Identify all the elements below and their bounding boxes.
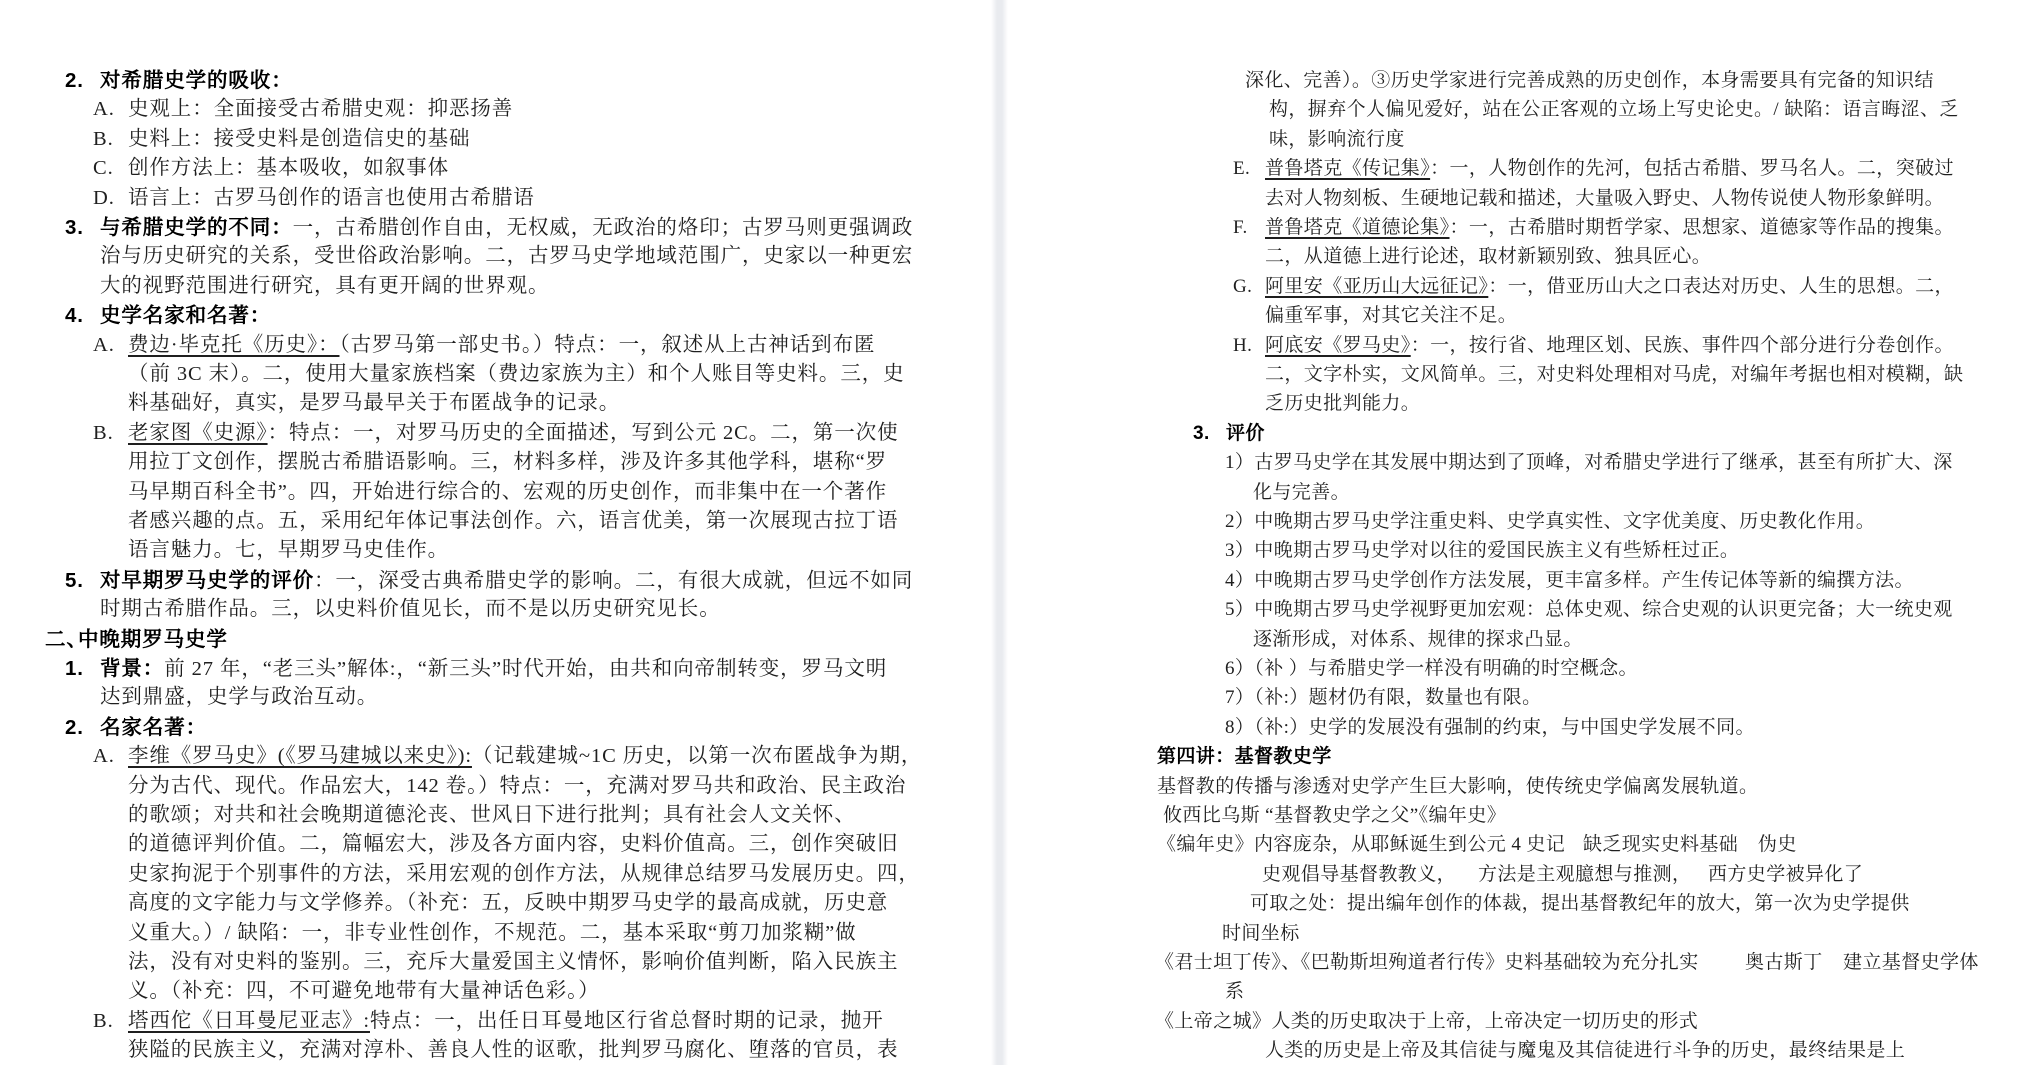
text-line: 4.史学名家和名著： xyxy=(0,301,991,331)
text-segment: 语言上：古罗马创作的语言也使用古希腊语 xyxy=(128,187,535,209)
text-line: 2）中晚期古罗马史学注重史料、史学真实性、文字优美度、历史教化作用。 xyxy=(1008,507,2025,537)
heading-segment: 对希腊史学的吸收： xyxy=(100,69,293,92)
page-right: 深化、完善）。③历史学家进行完善成熟的历史创作，本身需要具有完备的知识结构，摒弃… xyxy=(1008,0,2025,1065)
text-line: 法，没有对史料的鉴别。三，充斥大量爱国主义情怀，影响价值判断，陷入民族主 xyxy=(0,948,991,978)
text-line: 料基础好，真实，是罗马最早关于布匿战争的记录。 xyxy=(0,389,991,419)
text-line: 化与完善。 xyxy=(1008,478,2025,508)
text-segment: （前 3C 末）。二，使用大量家族档案（费边家族为主）和个人账目等史料。三，史 xyxy=(128,363,905,385)
text-segment: E. xyxy=(1233,158,1250,179)
text-line: 史家拘泥于个别事件的方法，采用宏观的创作方法，从规律总结罗马发展历史。四， xyxy=(0,860,991,890)
text-segment: 时期古希腊作品。三，以史料价值见长，而不是以历史研究见长。 xyxy=(100,598,721,620)
text-segment: 可取之处：提出编年创作的体裁，提出基督教纪年的放大，第一次为史学提供 xyxy=(1250,893,1910,914)
text-col: 阿里安《亚历山大远征记》：一，借亚历山大之口表达对历史、人生的思想。二， xyxy=(1265,272,1954,301)
text-line: 8）（补:）史学的发展没有强制的约束，与中国史学发展不同。 xyxy=(1008,713,2025,743)
text-line: B.塔西佗《日耳曼尼亚志》:特点：一，出任日耳曼地区行省总督时期的记录，抛开 xyxy=(0,1007,991,1037)
text-col: 义。（补充：四，不可避免地带有大量神话色彩。） xyxy=(128,977,600,1006)
text-col: 2）中晚期古罗马史学注重史料、史学真实性、文字优美度、历史教化作用。 xyxy=(1225,507,1875,536)
text-segment: A. xyxy=(93,334,115,356)
heading-segment: 名家名著： xyxy=(100,716,207,739)
text-segment: ：一，借亚历山大之口表达对历史、人生的思想。二， xyxy=(1488,276,1954,297)
text-col: 史料上：接受史料是创造信史的基础 xyxy=(128,125,470,154)
text-segment: 乏历史批判能力。 xyxy=(1265,393,1420,414)
text-segment: A. xyxy=(93,745,115,767)
text-segment: 味，影响流行度 xyxy=(1269,129,1405,150)
text-col: 去对人物刻板、生硬地记载和描述，大量吸入野史、人物传说使人物形象鲜明。 xyxy=(1265,184,1944,213)
text-segment: 二，从道德上进行论述，取材新颖别致、独具匠心。 xyxy=(1265,246,1711,267)
text-col: 逐渐形成，对体系、规律的探求凸显。 xyxy=(1253,625,1583,654)
text-col: 史家拘泥于个别事件的方法，采用宏观的创作方法，从规律总结罗马发展历史。四， xyxy=(128,860,920,889)
work-title-underlined: 塔西佗《日耳曼尼亚志》: xyxy=(128,1010,370,1032)
text-col: 名家名著： xyxy=(100,713,207,743)
text-col: 史观倡导基督教教义， xyxy=(1262,860,1456,889)
text-segment: 6）（补 ）与希腊史学一样没有明确的时空概念。 xyxy=(1225,658,1638,679)
heading-segment: 1. xyxy=(65,657,84,680)
text-segment: 《编年史》内容庞杂，从耶稣诞生到公元 4 史记 xyxy=(1157,834,1565,855)
text-segment: 2）中晚期古罗马史学注重史料、史学真实性、文字优美度、历史教化作用。 xyxy=(1225,511,1875,532)
text-col: 3. xyxy=(1193,419,1210,448)
text-col: 3）中晚期古罗马史学对以往的爱国民族主义有些矫枉过正。 xyxy=(1225,536,1739,565)
text-col: 1. xyxy=(65,654,84,684)
text-segment: 分为古代、现代。作品宏大，142 卷。）特点：一，充满对罗马共和政治、民主政治 xyxy=(128,775,906,797)
text-segment: 二，文字朴实，文风简单。三，对史料处理相对马虎，对编年考据也相对模糊，缺 xyxy=(1265,364,1963,385)
text-segment: 特点：一，出任日耳曼地区行省总督时期的记录，抛开 xyxy=(370,1010,884,1032)
text-col: 西方史学被异化了 xyxy=(1708,860,1863,889)
text-col: 构，摒弃个人偏见爱好，站在公正客观的立场上写史论史。/ 缺陷：语言晦涩、乏 xyxy=(1269,95,1959,124)
text-line: 高度的文字能力与文学修养。（补充：五，反映中期罗马史学的最高成就，历史意 xyxy=(0,889,991,919)
text-col: 7）（补:）题材仍有限，数量也有限。 xyxy=(1225,683,1541,712)
text-segment: 义。（补充：四，不可避免地带有大量神话色彩。） xyxy=(128,980,600,1002)
text-line: 时间坐标 xyxy=(1008,919,2025,949)
text-col: 深化、完善）。③历史学家进行完善成熟的历史创作，本身需要具有完备的知识结 xyxy=(1245,66,1934,95)
text-line: 味，影响流行度 xyxy=(1008,125,2025,155)
heading-segment: 评价 xyxy=(1226,423,1265,444)
text-line: （前 3C 末）。二，使用大量家族档案（费边家族为主）和个人账目等史料。三，史 xyxy=(0,360,991,390)
text-segment: 攸西比乌斯 “基督教史学之父”《编年史》 xyxy=(1163,805,1506,826)
heading-segment: 背景： xyxy=(100,657,164,680)
text-line: 3）中晚期古罗马史学对以往的爱国民族主义有些矫枉过正。 xyxy=(1008,536,2025,566)
text-line: 基督教的传播与渗透对史学产生巨大影响，使传统史学偏离发展轨道。 xyxy=(1008,772,2025,802)
text-segment: ：特点：一，对罗马历史的全面描述，写到公元 2C。二，第一次使 xyxy=(268,422,899,444)
text-segment: C. xyxy=(93,157,114,179)
text-segment: 系 xyxy=(1225,981,1244,1002)
text-col: 二，从道德上进行论述，取材新颖别致、独具匠心。 xyxy=(1265,242,1711,271)
text-col: 语言魅力。七，早期罗马史佳作。 xyxy=(128,536,449,565)
text-col: 法，没有对史料的鉴别。三，充斥大量爱国主义情怀，影响价值判断，陷入民族主 xyxy=(128,948,898,977)
text-col: 2. xyxy=(65,713,84,743)
text-line: 偏重军事，对其它关注不足。 xyxy=(1008,301,2025,331)
text-segment: 时间坐标 xyxy=(1222,923,1300,944)
text-col: A. xyxy=(93,742,115,771)
text-col: 达到鼎盛，史学与政治互动。 xyxy=(100,683,378,712)
text-segment: 高度的文字能力与文学修养。（补充：五，反映中期罗马史学的最高成就，历史意 xyxy=(128,892,888,914)
text-segment: B. xyxy=(93,1010,114,1032)
work-title-underlined: 普鲁塔克《传记集》 xyxy=(1265,158,1430,179)
work-title-underlined: 李维《罗马史》(《罗马建城以来史》): xyxy=(128,745,472,767)
work-title-underlined: 阿底安《罗马史》 xyxy=(1265,335,1411,356)
text-line: 《君士坦丁传》、《巴勒斯坦殉道者行传》史料基础较为充分扎实奥古斯丁建立基督史学体 xyxy=(1008,948,2025,978)
text-segment: 7）（补:）题材仍有限，数量也有限。 xyxy=(1225,687,1541,708)
work-title-underlined: 阿里安《亚历山大远征记》 xyxy=(1265,276,1488,297)
text-line: 逐渐形成，对体系、规律的探求凸显。 xyxy=(1008,625,2025,655)
heading-segment: 5. xyxy=(65,569,84,592)
text-segment: 3）中晚期古罗马史学对以往的爱国民族主义有些矫枉过正。 xyxy=(1225,540,1739,561)
text-line: 义重大。）/ 缺陷：一，非专业性创作，不规范。二，基本采取“剪刀加浆糊”做 xyxy=(0,919,991,949)
text-col: 5. xyxy=(65,566,84,596)
text-line: G.阿里安《亚历山大远征记》：一，借亚历山大之口表达对历史、人生的思想。二， xyxy=(1008,272,2025,302)
text-col: 第四讲：基督教史学 xyxy=(1157,742,1332,771)
text-col: 李维《罗马史》(《罗马建城以来史》):（记载建城~1C 历史，以第一次布匿战争为… xyxy=(128,742,922,771)
text-line: 的歌颂；对共和社会晚期道德沦丧、世风日下进行批判；具有社会人文关怀、 xyxy=(0,801,991,831)
text-segment: 《君士坦丁传》、《巴勒斯坦殉道者行传》史料基础较为充分扎实 xyxy=(1155,952,1699,973)
text-segment: G. xyxy=(1233,276,1252,297)
text-col: 义重大。）/ 缺陷：一，非专业性创作，不规范。二，基本采取“剪刀加浆糊”做 xyxy=(128,919,857,948)
text-col: 二，文字朴实，文风简单。三，对史料处理相对马虎，对编年考据也相对模糊，缺 xyxy=(1265,360,1963,389)
text-col: 背景：前 27 年，“老三头”解体:，“新三头”时代开始，由共和向帝制转变，罗马… xyxy=(100,654,887,684)
text-line: 语言魅力。七，早期罗马史佳作。 xyxy=(0,536,991,566)
text-segment: 缺乏现实史料基础 xyxy=(1583,834,1738,855)
text-col: 创作方法上：基本吸收，如叙事体 xyxy=(128,154,449,183)
text-segment: 达到鼎盛，史学与政治互动。 xyxy=(100,686,378,708)
text-line: 3.评价 xyxy=(1008,419,2025,449)
text-col: A. xyxy=(93,95,115,124)
heading-segment: 3. xyxy=(1193,423,1210,444)
text-col: 评价 xyxy=(1226,419,1265,448)
text-line: 4）中晚期古罗马史学创作方法发展，更丰富多样。产生传记体等新的编撰方法。 xyxy=(1008,566,2025,596)
text-col: 建立基督史学体 xyxy=(1843,948,1979,977)
text-col: 的歌颂；对共和社会晚期道德沦丧、世风日下进行批判；具有社会人文关怀、 xyxy=(128,801,856,830)
text-segment: （古罗马第一部史书。）特点：一，叙述从上古神话到布匿 xyxy=(339,334,875,356)
text-segment: 用拉丁文创作，摆脱古希腊语影响。三，材料多样，涉及许多其他学科，堪称“罗 xyxy=(128,451,887,473)
text-line: 攸西比乌斯 “基督教史学之父”《编年史》 xyxy=(1008,801,2025,831)
text-col: 《编年史》内容庞杂，从耶稣诞生到公元 4 史记 xyxy=(1157,830,1565,859)
text-col: 乏历史批判能力。 xyxy=(1265,389,1420,418)
text-segment: 基督教的传播与渗透对史学产生巨大影响，使传统史学偏离发展轨道。 xyxy=(1157,776,1758,797)
text-col: A. xyxy=(93,331,115,360)
text-line: 1.背景：前 27 年，“老三头”解体:，“新三头”时代开始，由共和向帝制转变，… xyxy=(0,654,991,684)
text-col: 伪史 xyxy=(1758,830,1797,859)
text-line: 义。（补充：四，不可避免地带有大量神话色彩。） xyxy=(0,977,991,1007)
text-col: 8）（补:）史学的发展没有强制的约束，与中国史学发展不同。 xyxy=(1225,713,1755,742)
page-left: 2.对希腊史学的吸收：A.史观上：全面接受古希腊史观：抑恶扬善B.史料上：接受史… xyxy=(0,0,991,1065)
text-col: B. xyxy=(93,419,114,448)
text-line: 5）中晚期古罗马史学视野更加宏观：总体史观、综合史观的认识更完备；大一统史观 xyxy=(1008,595,2025,625)
text-col: B. xyxy=(93,125,114,154)
text-col: 时间坐标 xyxy=(1222,919,1300,948)
text-col: 中晚期罗马史学 xyxy=(78,625,228,655)
text-segment: 深化、完善）。③历史学家进行完善成熟的历史创作，本身需要具有完备的知识结 xyxy=(1245,70,1934,91)
text-line: 构，摒弃个人偏见爱好，站在公正客观的立场上写史论史。/ 缺陷：语言晦涩、乏 xyxy=(1008,95,2025,125)
text-segment: 伪史 xyxy=(1758,834,1797,855)
text-col: 阿底安《罗马史》：一，按行省、地理区划、民族、事件四个部分进行分卷创作。 xyxy=(1265,331,1954,360)
text-col: B. xyxy=(93,1007,114,1036)
text-line: 2.名家名著： xyxy=(0,713,991,743)
text-line: 系 xyxy=(1008,977,2025,1007)
text-segment: 人类的历史是上帝及其信徒与魔鬼及其信徒进行斗争的历史，最终结果是上 xyxy=(1265,1040,1905,1061)
text-line: 可取之处：提出编年创作的体裁，提出基督教纪年的放大，第一次为史学提供 xyxy=(1008,889,2025,919)
text-segment: 方法是主观臆想与推测， xyxy=(1478,864,1691,885)
text-line: E.普鲁塔克《传记集》：一，人物创作的先河，包括古希腊、罗马名人。二，突破过 xyxy=(1008,154,2025,184)
text-line: 治与历史研究的关系，受世俗政治影响。二，古罗马史学地域范围广，史家以一种更宏 xyxy=(0,242,991,272)
text-col: F. xyxy=(1233,213,1248,242)
heading-segment: 2. xyxy=(65,69,84,92)
text-line: 时期古希腊作品。三，以史料价值见长，而不是以历史研究见长。 xyxy=(0,595,991,625)
text-line: 狭隘的民族主义，充满对淳朴、善良人性的讴歌，批判罗马腐化、堕落的官员，表 xyxy=(0,1036,991,1065)
text-line: 《上帝之城》人类的历史取决于上帝，上帝决定一切历史的形式 xyxy=(1008,1007,2025,1037)
heading-segment: 2. xyxy=(65,716,84,739)
heading-segment: 中晚期罗马史学 xyxy=(78,628,228,651)
heading-segment: 对早期罗马史学的评价 xyxy=(100,569,314,592)
text-line: 马早期百科全书”。四，开始进行综合的、宏观的历史创作，而非集中在一个著作 xyxy=(0,478,991,508)
text-col: 普鲁塔克《道德论集》：一，古希腊时期哲学家、思想家、道德家等作品的搜集。 xyxy=(1265,213,1954,242)
text-line: 3.与希腊史学的不同：一，古希腊创作自由，无权威，无政治的烙印；古罗马则更强调政 xyxy=(0,213,991,243)
text-line: 第四讲：基督教史学 xyxy=(1008,742,2025,772)
page-divider xyxy=(991,0,1008,1065)
text-col: 攸西比乌斯 “基督教史学之父”《编年史》 xyxy=(1163,801,1506,830)
text-segment: 偏重军事，对其它关注不足。 xyxy=(1265,305,1517,326)
text-col: 用拉丁文创作，摆脱古希腊语影响。三，材料多样，涉及许多其他学科，堪称“罗 xyxy=(128,448,887,477)
text-line: A.李维《罗马史》(《罗马建城以来史》):（记载建城~1C 历史，以第一次布匿战… xyxy=(0,742,991,772)
text-col: 6）（补 ）与希腊史学一样没有明确的时空概念。 xyxy=(1225,654,1638,683)
text-segment: 史料上：接受史料是创造信史的基础 xyxy=(128,128,470,150)
text-line: 用拉丁文创作，摆脱古希腊语影响。三，材料多样，涉及许多其他学科，堪称“罗 xyxy=(0,448,991,478)
text-segment: ：一，古希腊时期哲学家、思想家、道德家等作品的搜集。 xyxy=(1450,217,1954,238)
text-col: 者感兴趣的点。五，采用纪年体记事法创作。六，语言优美，第一次展现古拉丁语 xyxy=(128,507,898,536)
text-col: 大的视野范围进行研究，具有更开阔的世界观。 xyxy=(100,272,549,301)
text-segment: 法，没有对史料的鉴别。三，充斥大量爱国主义情怀，影响价值判断，陷入民族主 xyxy=(128,951,898,973)
text-line: 深化、完善）。③历史学家进行完善成熟的历史创作，本身需要具有完备的知识结 xyxy=(1008,66,2025,96)
work-title-underlined: 费边·毕克托《历史》： xyxy=(128,334,339,356)
text-col: 缺乏现实史料基础 xyxy=(1583,830,1738,859)
text-segment: 化与完善。 xyxy=(1253,482,1350,503)
text-col: 普鲁塔克《传记集》：一，人物创作的先河，包括古希腊、罗马名人。二，突破过 xyxy=(1265,154,1954,183)
text-line: 《编年史》内容庞杂，从耶稣诞生到公元 4 史记缺乏现实史料基础伪史 xyxy=(1008,830,2025,860)
text-segment: ：一，深受古典希腊史学的影响。二，有很大成就，但远不如同 xyxy=(314,570,913,592)
text-col: 人类的历史是上帝及其信徒与魔鬼及其信徒进行斗争的历史，最终结果是上 xyxy=(1265,1036,1905,1065)
text-segment: 一，古希腊创作自由，无权威，无政治的烙印；古罗马则更强调政 xyxy=(293,217,914,239)
text-col: 可取之处：提出编年创作的体裁，提出基督教纪年的放大，第一次为史学提供 xyxy=(1250,889,1910,918)
text-segment: ：一，人物创作的先河，包括古希腊、罗马名人。二，突破过 xyxy=(1430,158,1954,179)
text-col: 的道德评判价值。二，篇幅宏大，涉及各方面内容，史料价值高。三，创作突破旧 xyxy=(128,830,898,859)
text-segment: 马早期百科全书”。四，开始进行综合的、宏观的历史创作，而非集中在一个著作 xyxy=(128,481,887,503)
text-line: 史观倡导基督教教义，方法是主观臆想与推测，西方史学被异化了 xyxy=(1008,860,2025,890)
text-col: G. xyxy=(1233,272,1252,301)
text-line: 人类的历史是上帝及其信徒与魔鬼及其信徒进行斗争的历史，最终结果是上 xyxy=(1008,1036,2025,1065)
text-col: 偏重军事，对其它关注不足。 xyxy=(1265,301,1517,330)
text-col: 基督教的传播与渗透对史学产生巨大影响，使传统史学偏离发展轨道。 xyxy=(1157,772,1758,801)
text-col: 史学名家和名著： xyxy=(100,301,271,331)
text-col: D. xyxy=(93,184,115,213)
text-segment: 5）中晚期古罗马史学视野更加宏观：总体史观、综合史观的认识更完备；大一统史观 xyxy=(1225,599,1953,620)
text-line: 乏历史批判能力。 xyxy=(1008,389,2025,419)
heading-segment: 第四讲：基督教史学 xyxy=(1157,746,1332,767)
document-viewer: { "colors": { "background": "#ffffff", "… xyxy=(0,0,2025,1065)
text-segment: 料基础好，真实，是罗马最早关于布匿战争的记录。 xyxy=(128,392,620,414)
text-line: A.费边·毕克托《历史》：（古罗马第一部史书。）特点：一，叙述从上古神话到布匿 xyxy=(0,331,991,361)
text-col: 味，影响流行度 xyxy=(1269,125,1405,154)
text-line: 分为古代、现代。作品宏大，142 卷。）特点：一，充满对罗马共和政治、民主政治 xyxy=(0,772,991,802)
heading-segment: 4. xyxy=(65,304,84,327)
text-col: 分为古代、现代。作品宏大，142 卷。）特点：一，充满对罗马共和政治、民主政治 xyxy=(128,772,906,801)
text-col: 系 xyxy=(1225,977,1244,1006)
text-line: 大的视野范围进行研究，具有更开阔的世界观。 xyxy=(0,272,991,302)
text-col: 费边·毕克托《历史》：（古罗马第一部史书。）特点：一，叙述从上古神话到布匿 xyxy=(128,331,875,360)
text-col: 2. xyxy=(65,66,84,96)
text-line: 二，文字朴实，文风简单。三，对史料处理相对马虎，对编年考据也相对模糊，缺 xyxy=(1008,360,2025,390)
text-segment: B. xyxy=(93,128,114,150)
text-line: 7）（补:）题材仍有限，数量也有限。 xyxy=(1008,683,2025,713)
heading-segment: 3. xyxy=(65,216,84,239)
text-col: 对希腊史学的吸收： xyxy=(100,66,293,96)
text-segment: 西方史学被异化了 xyxy=(1708,864,1863,885)
text-segment: 去对人物刻板、生硬地记载和描述，大量吸入野史、人物传说使人物形象鲜明。 xyxy=(1265,188,1944,209)
text-line: 达到鼎盛，史学与政治互动。 xyxy=(0,683,991,713)
text-segment: 狭隘的民族主义，充满对淳朴、善良人性的讴歌，批判罗马腐化、堕落的官员，表 xyxy=(128,1039,898,1061)
text-segment: 逐渐形成，对体系、规律的探求凸显。 xyxy=(1253,629,1583,650)
text-col: 料基础好，真实，是罗马最早关于布匿战争的记录。 xyxy=(128,389,620,418)
text-line: 5.对早期罗马史学的评价：一，深受古典希腊史学的影响。二，有很大成就，但远不如同 xyxy=(0,566,991,596)
text-col: 化与完善。 xyxy=(1253,478,1350,507)
text-segment: 构，摒弃个人偏见爱好，站在公正客观的立场上写史论史。/ 缺陷：语言晦涩、乏 xyxy=(1269,99,1959,120)
text-col: 塔西佗《日耳曼尼亚志》:特点：一，出任日耳曼地区行省总督时期的记录，抛开 xyxy=(128,1007,884,1036)
heading-segment: 与希腊史学的不同： xyxy=(100,216,293,239)
text-col: 治与历史研究的关系，受世俗政治影响。二，古罗马史学地域范围广，史家以一种更宏 xyxy=(100,242,913,271)
text-segment: H. xyxy=(1233,335,1252,356)
text-segment: 语言魅力。七，早期罗马史佳作。 xyxy=(128,539,449,561)
text-segment: 创作方法上：基本吸收，如叙事体 xyxy=(128,157,449,179)
text-segment: D. xyxy=(93,187,115,209)
text-col: 老家图《史源》：特点：一，对罗马历史的全面描述，写到公元 2C。二，第一次使 xyxy=(128,419,899,448)
text-col: 4. xyxy=(65,301,84,331)
text-line: 2.对希腊史学的吸收： xyxy=(0,66,991,96)
text-col: 奥古斯丁 xyxy=(1745,948,1823,977)
text-line: B.史料上：接受史料是创造信史的基础 xyxy=(0,125,991,155)
text-col: E. xyxy=(1233,154,1250,183)
text-col: 1）古罗马史学在其发展中期达到了顶峰，对希腊史学进行了继承，甚至有所扩大、深 xyxy=(1225,448,1953,477)
text-segment: B. xyxy=(93,422,114,444)
text-line: C.创作方法上：基本吸收，如叙事体 xyxy=(0,154,991,184)
text-col: H. xyxy=(1233,331,1252,360)
text-col: 方法是主观臆想与推测， xyxy=(1478,860,1691,889)
heading-segment: 史学名家和名著： xyxy=(100,304,271,327)
text-segment: 《上帝之城》人类的历史取决于上帝，上帝决定一切历史的形式 xyxy=(1155,1011,1698,1032)
text-line: 6）（补 ）与希腊史学一样没有明确的时空概念。 xyxy=(1008,654,2025,684)
text-segment: 前 27 年，“老三头”解体:，“新三头”时代开始，由共和向帝制转变，罗马文明 xyxy=(164,658,887,680)
text-col: 史观上：全面接受古希腊史观：抑恶扬善 xyxy=(128,95,513,124)
text-col: 高度的文字能力与文学修养。（补充：五，反映中期罗马史学的最高成就，历史意 xyxy=(128,889,888,918)
text-col: 4）中晚期古罗马史学创作方法发展，更丰富多样。产生传记体等新的编撰方法。 xyxy=(1225,566,1914,595)
text-line: 者感兴趣的点。五，采用纪年体记事法创作。六，语言优美，第一次展现古拉丁语 xyxy=(0,507,991,537)
text-segment: 1）古罗马史学在其发展中期达到了顶峰，对希腊史学进行了继承，甚至有所扩大、深 xyxy=(1225,452,1953,473)
text-segment: 史观倡导基督教教义， xyxy=(1262,864,1456,885)
text-line: D.语言上：古罗马创作的语言也使用古希腊语 xyxy=(0,184,991,214)
text-col: C. xyxy=(93,154,114,183)
text-segment: 治与历史研究的关系，受世俗政治影响。二，古罗马史学地域范围广，史家以一种更宏 xyxy=(100,245,913,267)
text-col: 时期古希腊作品。三，以史料价值见长，而不是以历史研究见长。 xyxy=(100,595,721,624)
text-col: 对早期罗马史学的评价：一，深受古典希腊史学的影响。二，有很大成就，但远不如同 xyxy=(100,566,913,596)
text-line: 去对人物刻板、生硬地记载和描述，大量吸入野史、人物传说使人物形象鲜明。 xyxy=(1008,184,2025,214)
text-segment: 的道德评判价值。二，篇幅宏大，涉及各方面内容，史料价值高。三，创作突破旧 xyxy=(128,833,898,855)
text-segment: 大的视野范围进行研究，具有更开阔的世界观。 xyxy=(100,275,549,297)
text-col: （前 3C 末）。二，使用大量家族档案（费边家族为主）和个人账目等史料。三，史 xyxy=(128,360,905,389)
text-line: A.史观上：全面接受古希腊史观：抑恶扬善 xyxy=(0,95,991,125)
text-segment: 义重大。）/ 缺陷：一，非专业性创作，不规范。二，基本采取“剪刀加浆糊”做 xyxy=(128,922,857,944)
text-segment: 的歌颂；对共和社会晚期道德沦丧、世风日下进行批判；具有社会人文关怀、 xyxy=(128,804,856,826)
text-segment: 史观上：全面接受古希腊史观：抑恶扬善 xyxy=(128,98,513,120)
text-col: 与希腊史学的不同：一，古希腊创作自由，无权威，无政治的烙印；古罗马则更强调政 xyxy=(100,213,913,243)
text-segment: 奥古斯丁 xyxy=(1745,952,1823,973)
text-segment: ：一，按行省、地理区划、民族、事件四个部分进行分卷创作。 xyxy=(1411,335,1954,356)
text-col: 3. xyxy=(65,213,84,243)
text-col: 狭隘的民族主义，充满对淳朴、善良人性的讴歌，批判罗马腐化、堕落的官员，表 xyxy=(128,1036,898,1065)
text-segment: 者感兴趣的点。五，采用纪年体记事法创作。六，语言优美，第一次展现古拉丁语 xyxy=(128,510,898,532)
text-col: 《上帝之城》人类的历史取决于上帝，上帝决定一切历史的形式 xyxy=(1155,1007,1698,1036)
text-segment: F. xyxy=(1233,217,1248,238)
text-segment: 建立基督史学体 xyxy=(1843,952,1979,973)
text-line: 二、中晚期罗马史学 xyxy=(0,625,991,655)
text-col: 语言上：古罗马创作的语言也使用古希腊语 xyxy=(128,184,535,213)
text-segment: 8）（补:）史学的发展没有强制的约束，与中国史学发展不同。 xyxy=(1225,717,1755,738)
text-col: 马早期百科全书”。四，开始进行综合的、宏观的历史创作，而非集中在一个著作 xyxy=(128,478,887,507)
text-segment: 4）中晚期古罗马史学创作方法发展，更丰富多样。产生传记体等新的编撰方法。 xyxy=(1225,570,1914,591)
work-title-underlined: 老家图《史源》 xyxy=(128,422,268,444)
work-title-underlined: 普鲁塔克《道德论集》 xyxy=(1265,217,1450,238)
text-segment: 史家拘泥于个别事件的方法，采用宏观的创作方法，从规律总结罗马发展历史。四， xyxy=(128,863,920,885)
text-line: 的道德评判价值。二，篇幅宏大，涉及各方面内容，史料价值高。三，创作突破旧 xyxy=(0,830,991,860)
text-line: B.老家图《史源》：特点：一，对罗马历史的全面描述，写到公元 2C。二，第一次使 xyxy=(0,419,991,449)
text-line: H.阿底安《罗马史》：一，按行省、地理区划、民族、事件四个部分进行分卷创作。 xyxy=(1008,331,2025,361)
text-segment: （记载建城~1C 历史，以第一次布匿战争为期， xyxy=(472,745,922,767)
text-line: 二，从道德上进行论述，取材新颖别致、独具匠心。 xyxy=(1008,242,2025,272)
text-col: 5）中晚期古罗马史学视野更加宏观：总体史观、综合史观的认识更完备；大一统史观 xyxy=(1225,595,1953,624)
text-col: 《君士坦丁传》、《巴勒斯坦殉道者行传》史料基础较为充分扎实 xyxy=(1155,948,1699,977)
text-segment: A. xyxy=(93,98,115,120)
text-line: 1）古罗马史学在其发展中期达到了顶峰，对希腊史学进行了继承，甚至有所扩大、深 xyxy=(1008,448,2025,478)
text-line: F.普鲁塔克《道德论集》：一，古希腊时期哲学家、思想家、道德家等作品的搜集。 xyxy=(1008,213,2025,243)
